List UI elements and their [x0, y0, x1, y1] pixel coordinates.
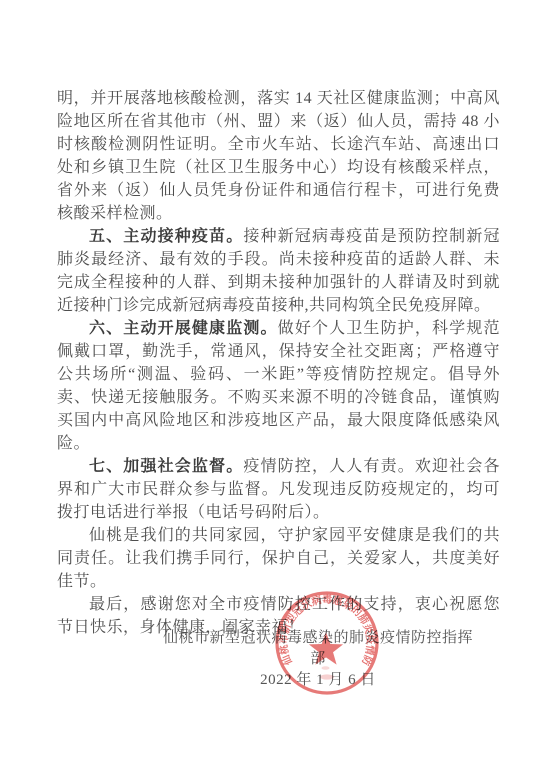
scanned-notice-page: 明，并开展落地核酸检测，落实 14 天社区健康监测；中高风险地区所在省其他市（州…	[0, 0, 552, 780]
section-5-heading: 五、主动接种疫苗。	[89, 228, 243, 245]
official-seal-graphic: 仙桃市新型冠状病毒感染的肺炎疫情防控指挥部	[273, 589, 381, 697]
seal-inner-smudge	[322, 666, 330, 670]
section-5: 五、主动接种疫苗。接种新冠病毒疫苗是预防控制新冠肺炎最经济、最有效的手段。尚未接…	[57, 225, 500, 317]
section-6-body: 做好个人卫生防护，科学规范佩戴口罩，勤洗手，常通风，保持安全社交距离；严格遵守公…	[57, 320, 500, 452]
section-6: 六、主动开展健康监测。做好个人卫生防护，科学规范佩戴口罩，勤洗手，常通风，保持安…	[57, 317, 500, 455]
closing-paragraph-1: 仙桃是我们的共同家园，守护家园平安健康是我们的共同责任。让我们携手同行，保护自己…	[57, 524, 500, 593]
paragraph-continuation: 明，并开展落地核酸检测，落实 14 天社区健康监测；中高风险地区所在省其他市（州…	[57, 87, 500, 225]
document-body: 明，并开展落地核酸检测，落实 14 天社区健康监测；中高风险地区所在省其他市（州…	[57, 87, 500, 639]
official-seal: 仙桃市新型冠状病毒感染的肺炎疫情防控指挥部	[273, 589, 381, 697]
section-7: 七、加强社会监督。疫情防控，人人有责。欢迎社会各界和广大市民群众参与监督。凡发现…	[57, 455, 500, 524]
section-6-heading: 六、主动开展健康监测。	[89, 320, 278, 337]
seal-bottom-smudge	[320, 674, 334, 679]
seal-star-icon	[309, 632, 343, 665]
section-7-heading: 七、加强社会监督。	[89, 458, 243, 475]
